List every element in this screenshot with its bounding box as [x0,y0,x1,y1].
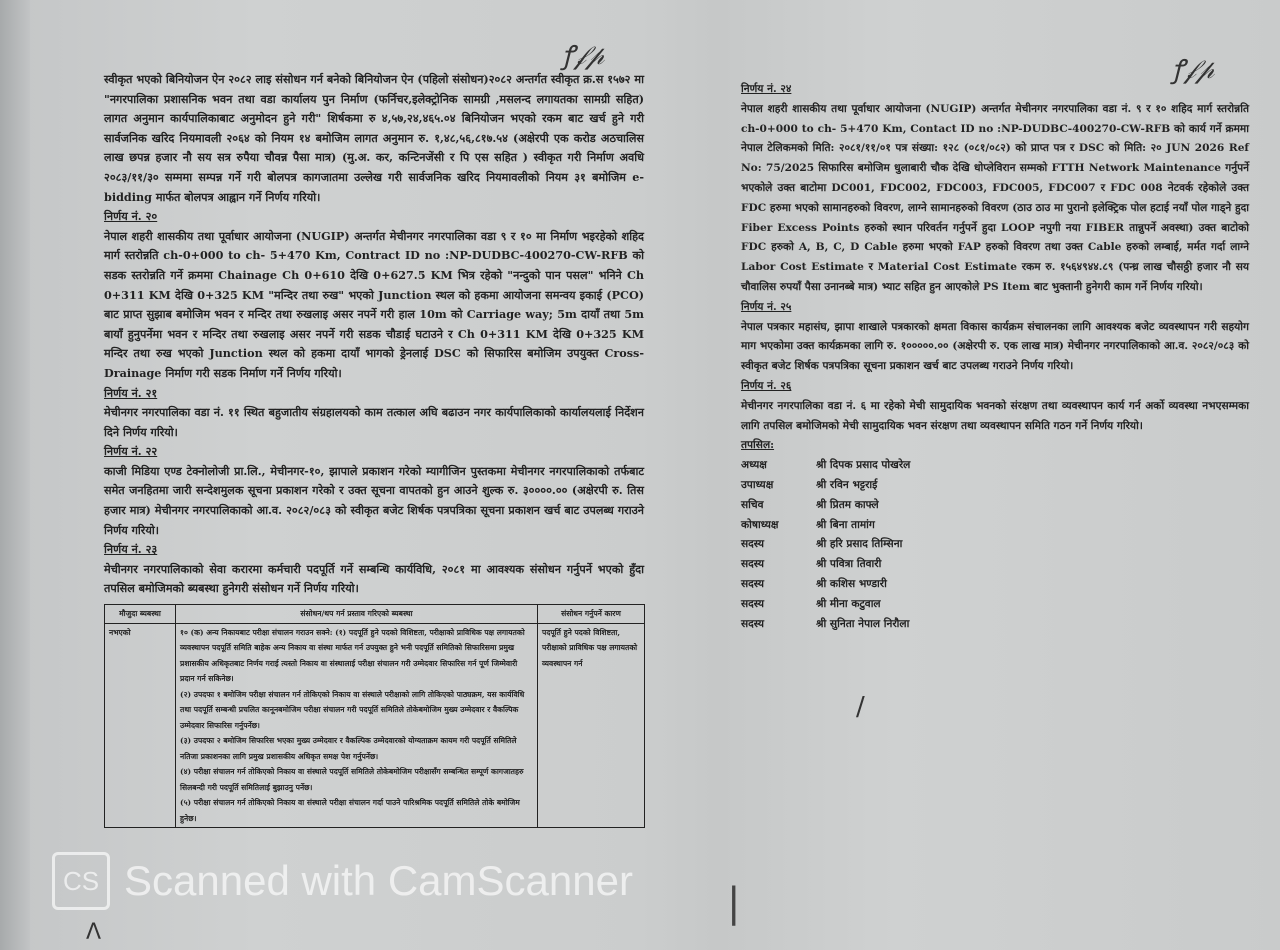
member-row: सदस्यश्री कशिस भण्डारी [741,575,1249,595]
watermark-text: Scanned with CamScanner [124,857,633,905]
member-name: श्री रविन भट्टराई [816,476,877,496]
member-name: श्री हरि प्रसाद तिम्सिना [816,535,902,555]
decision-text: मेचीनगर नगरपालिकाको सेवा करारमा कर्मचारी… [104,560,644,599]
decision-heading: निर्णय नं. २५ [741,298,1249,318]
member-role: सदस्य [741,555,816,575]
member-name: श्री कशिस भण्डारी [816,575,887,595]
table-header: संसोधन गर्नुपर्ने कारण [538,605,645,624]
member-role: सदस्य [741,615,816,635]
decision-text: नेपाल शहरी शासकीय तथा पूर्वाधार आयोजना (… [741,100,1249,298]
decision-text: मेचीनगर नगरपालिका वडा नं. ६ मा रहेको मेच… [741,397,1249,437]
decision-text: काजी मिडिया एण्ड टेक्नोलोजी प्रा.लि., मे… [104,462,644,540]
decision-heading: निर्णय नं. २१ [104,384,644,404]
pen-mark-icon: / [856,692,865,722]
table-row: नभएको १० (क) अन्य निकायबाट परीक्षा संचाल… [105,623,645,828]
member-role: कोषाध्यक्ष [741,516,816,536]
camscanner-watermark: CS Scanned with CamScanner [52,852,633,910]
table-cell-existing: नभएको [105,623,176,828]
proposed-clause: (२) उपदफा १ बमोजिम परीक्षा संचालन गर्न त… [180,687,533,734]
table-header-row: मौजुदा ब्यबस्था संसोधन/थप गर्न प्रस्ताव … [105,605,645,624]
table-header: मौजुदा ब्यबस्था [105,605,176,624]
decision-heading: निर्णय नं. २३ [104,540,644,560]
amendment-table: मौजुदा ब्यबस्था संसोधन/थप गर्न प्रस्ताव … [104,604,645,828]
committee-members-list: अध्यक्षश्री दिपक प्रसाद पोखरेल उपाध्यक्ष… [741,456,1249,634]
page-fold-shadow [0,0,30,950]
member-row: सदस्यश्री सुनिता नेपाल निरौला [741,615,1249,635]
decision-text: नेपाल पत्रकार महासंघ, झापा शाखाले पत्रका… [741,318,1249,377]
proposed-clause: (४) परीक्षा संचालन गर्न तोकिएको निकाय वा… [180,764,533,795]
member-role: सदस्य [741,595,816,615]
member-row: सदस्यश्री पवित्रा तिवारी [741,555,1249,575]
member-row: कोषाध्यक्षश्री बिना तामांग [741,516,1249,536]
member-role: उपाध्यक्ष [741,476,816,496]
member-row: सदस्यश्री मीना कटुवाल [741,595,1249,615]
member-row: उपाध्यक्षश्री रविन भट्टराई [741,476,1249,496]
decision-heading: निर्णय नं. २६ [741,377,1249,397]
left-column: स्वीकृत भएको बिनियोजन ऐन २०८२ लाइ संसोधन… [104,70,644,828]
proposed-clause: (३) उपदफा २ बमोजिम सिफारिस भएका मुख्य उम… [180,733,533,764]
member-row: सचिवश्री प्रितम काफ्ले [741,496,1249,516]
intro-paragraph: स्वीकृत भएको बिनियोजन ऐन २०८२ लाइ संसोधन… [104,70,644,207]
member-name: श्री सुनिता नेपाल निरौला [816,615,909,635]
member-role: सदस्य [741,575,816,595]
table-cell-proposed: १० (क) अन्य निकायबाट परीक्षा संचालन गराउ… [176,623,538,828]
crease-mark-icon: | [727,880,740,926]
decision-text: मेचीनगर नगरपालिका वडा नं. ११ स्थित बहुजा… [104,403,644,442]
table-cell-reason: पदपूर्ति हुने पदको विशिष्टता, परीक्षाको … [538,623,645,828]
member-name: श्री दिपक प्रसाद पोखरेल [816,456,910,476]
member-row: सदस्यश्री हरि प्रसाद तिम्सिना [741,535,1249,555]
member-name: श्री मीना कटुवाल [816,595,881,615]
member-role: अध्यक्ष [741,456,816,476]
decision-text: नेपाल शहरी शासकीय तथा पूर्वाधार आयोजना (… [104,227,644,384]
signature-icon: ꝭ𝒻𝓅 [562,36,604,72]
decision-heading: निर्णय नं. २४ [741,80,1249,100]
camscanner-logo-icon: CS [52,852,110,910]
decision-heading: निर्णय नं. २० [104,207,644,227]
decision-heading: निर्णय नं. २२ [104,442,644,462]
schedule-heading: तपसिल: [741,436,1249,456]
member-name: श्री बिना तामांग [816,516,875,536]
proposed-clause: (५) परीक्षा संचालन गर्न तोकिएको निकाय वा… [180,795,533,826]
member-row: अध्यक्षश्री दिपक प्रसाद पोखरेल [741,456,1249,476]
table-header: संसोधन/थप गर्न प्रस्ताव गरिएको ब्यबस्था [176,605,538,624]
member-name: श्री पवित्रा तिवारी [816,555,881,575]
member-name: श्री प्रितम काफ्ले [816,496,879,516]
proposed-clause: १० (क) अन्य निकायबाट परीक्षा संचालन गराउ… [180,625,533,687]
scanned-page: ꝭ𝒻𝓅 ꝭ𝒻𝓅 स्वीकृत भएको बिनियोजन ऐन २०८२ ला… [0,0,1280,950]
pen-mark-icon: Λ [86,920,101,945]
right-column: निर्णय नं. २४ नेपाल शहरी शासकीय तथा पूर्… [741,80,1249,634]
member-role: सदस्य [741,535,816,555]
member-role: सचिव [741,496,816,516]
